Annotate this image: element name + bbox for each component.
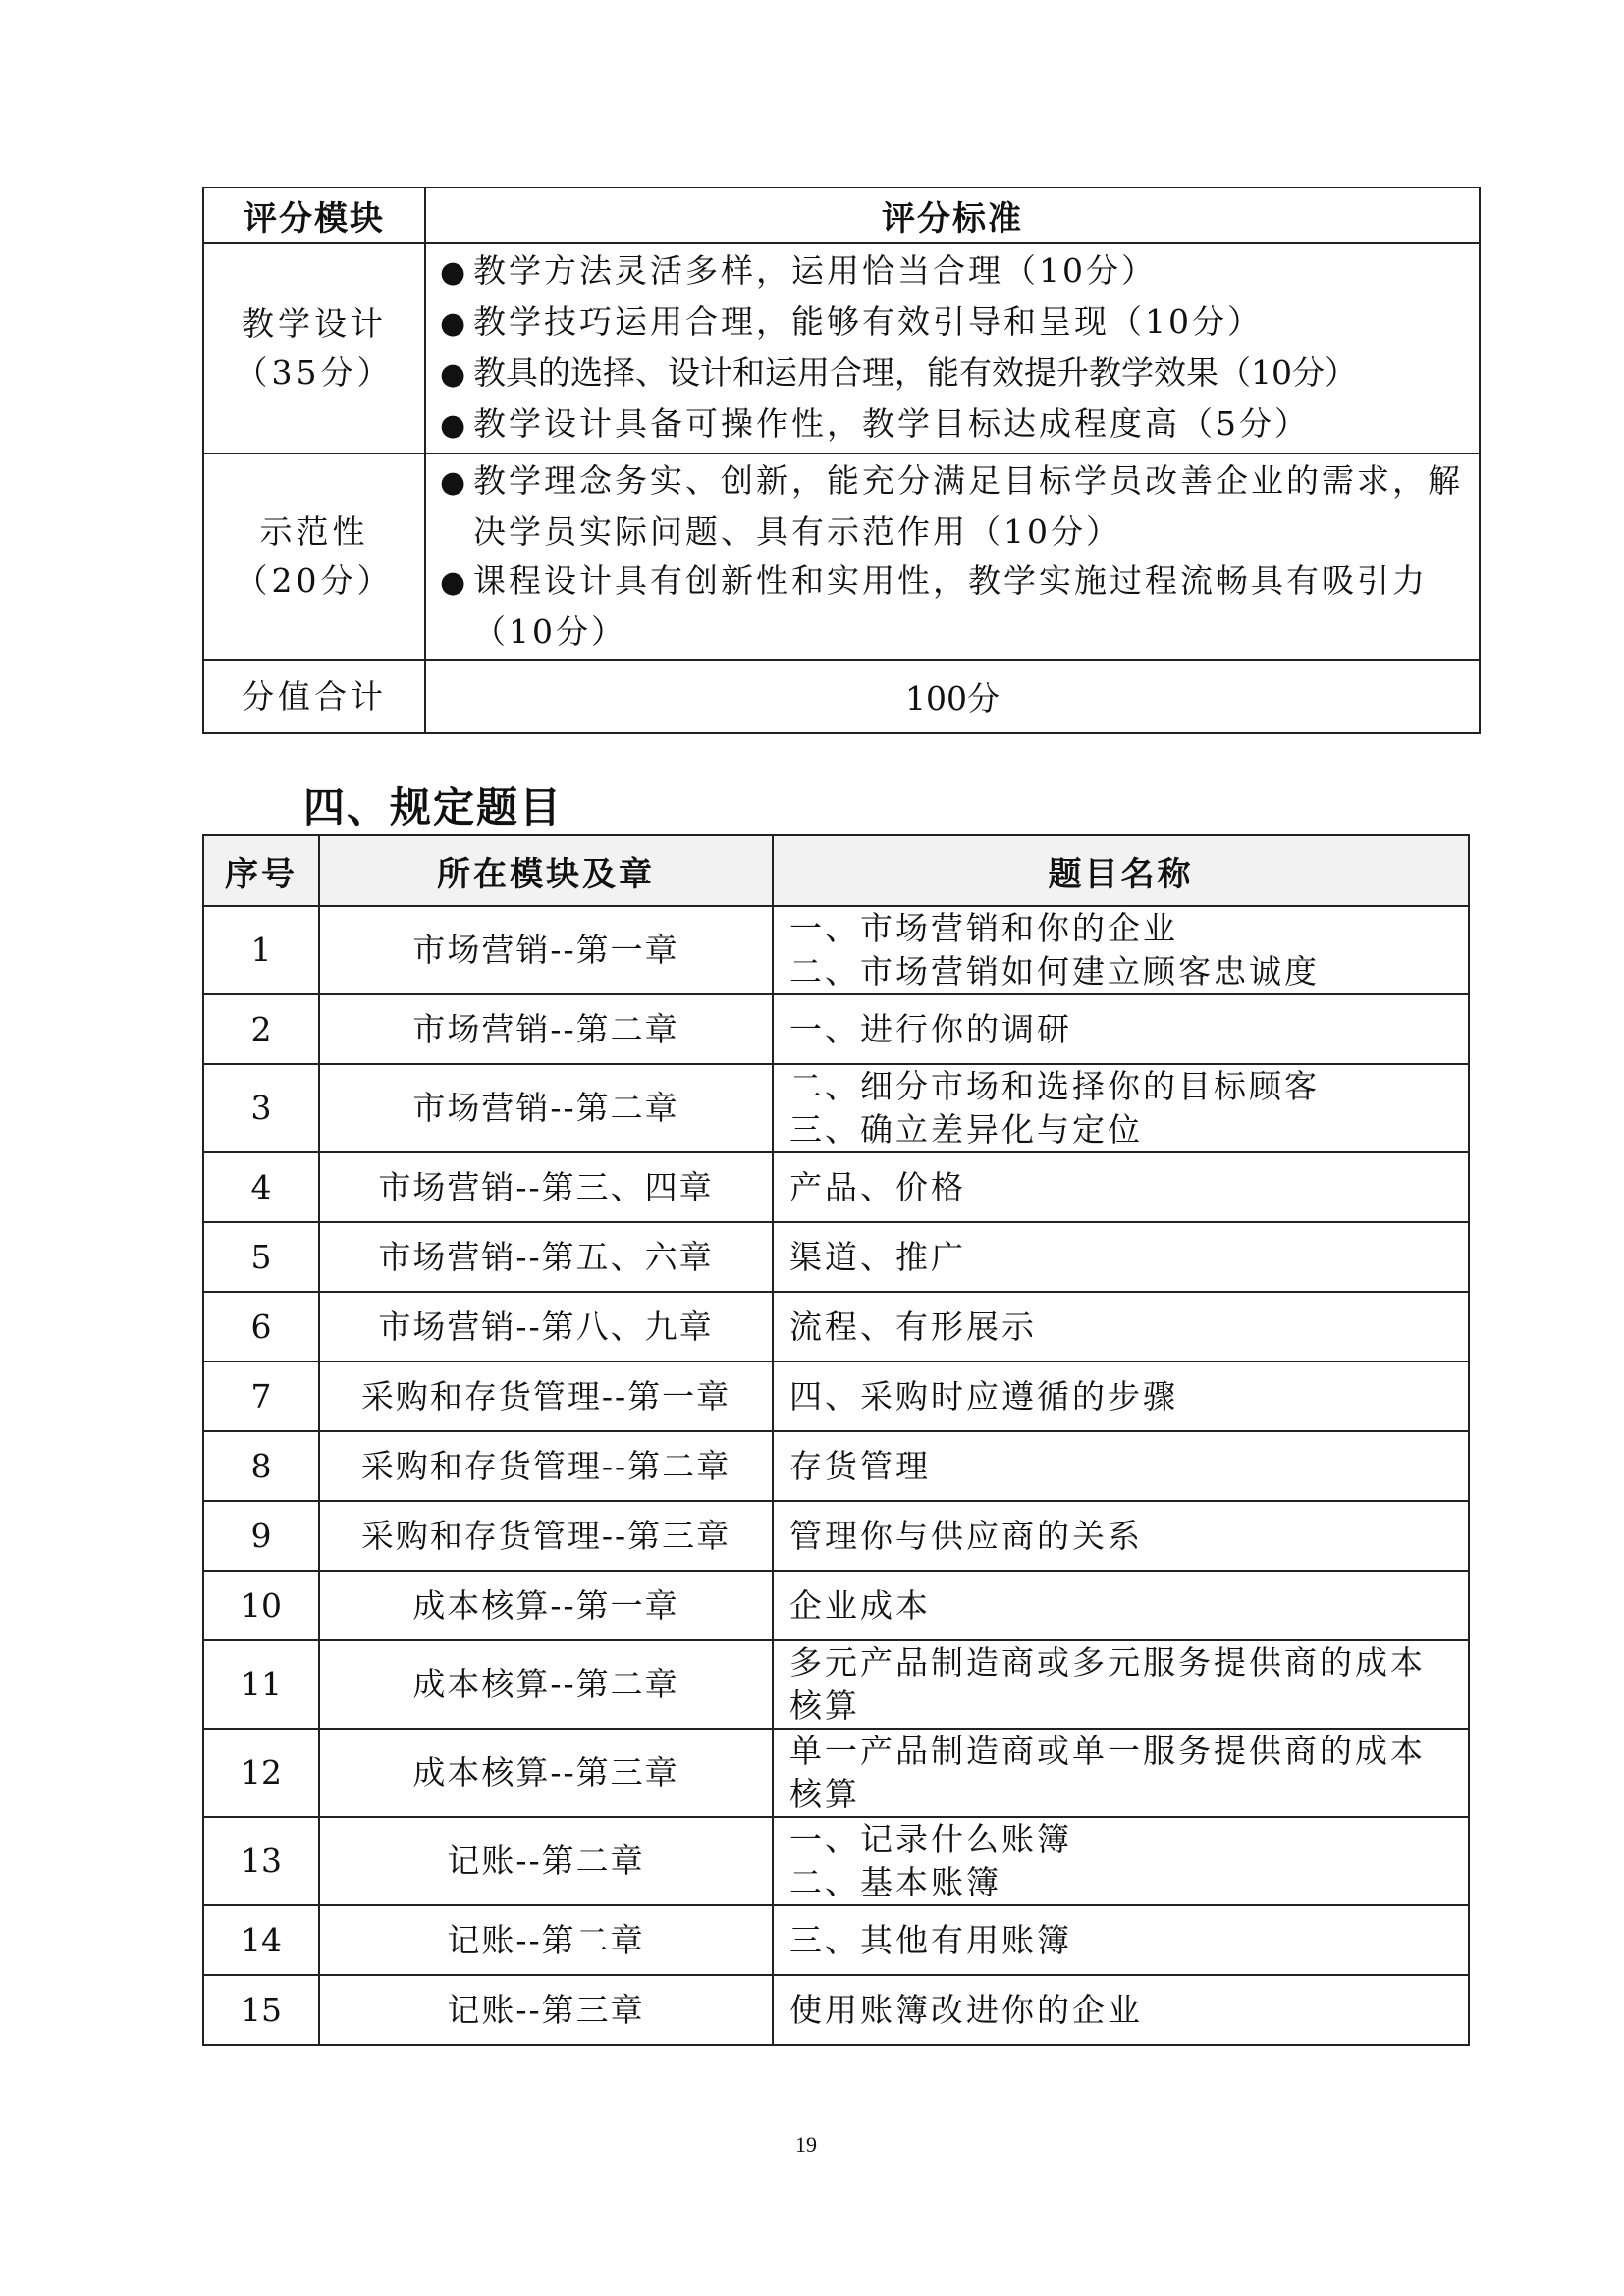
total-row: 分值合计 100分	[203, 660, 1480, 733]
row-number: 11	[203, 1640, 319, 1729]
bullet-icon: ●	[440, 299, 473, 348]
table-row: 12成本核算--第三章单一产品制造商或单一服务提供商的成本核算	[203, 1729, 1469, 1817]
module-points: （20分）	[204, 557, 424, 606]
topic-title-cell: 二、细分市场和选择你的目标顾客三、确立差异化与定位	[773, 1064, 1469, 1152]
row-number: 5	[203, 1222, 319, 1292]
module-chapter: 记账--第二章	[319, 1817, 773, 1905]
total-label: 分值合计	[203, 660, 425, 733]
bullet-icon: ●	[440, 248, 473, 297]
table-row: 2市场营销--第二章一、进行你的调研	[203, 994, 1469, 1064]
page-number: 19	[795, 2132, 817, 2158]
topic-title-cell: 流程、有形展示	[773, 1292, 1469, 1362]
table-row: 1市场营销--第一章一、市场营销和你的企业二、市场营销如何建立顾客忠诚度	[203, 906, 1469, 994]
topic-title: 四、采购时应遵循的步骤	[789, 1375, 1460, 1418]
topic-title-cell: 管理你与供应商的关系	[773, 1501, 1469, 1571]
module-chapter: 成本核算--第三章	[319, 1729, 773, 1817]
criteria-cell: ●教学方法灵活多样，运用恰当合理（10分） ●教学技巧运用合理，能够有效引导和呈…	[425, 243, 1480, 454]
table-row: 5市场营销--第五、六章渠道、推广	[203, 1222, 1469, 1292]
topic-title: 一、进行你的调研	[789, 1008, 1460, 1051]
criteria-text: 教学设计具备可操作性，教学目标达成程度高（5分）	[473, 404, 1310, 443]
table-row: 3市场营销--第二章二、细分市场和选择你的目标顾客三、确立差异化与定位	[203, 1064, 1469, 1152]
criteria-text: 教学理念务实、创新，能充分满足目标学员改善企业的需求，解决学员实际问题、具有示范…	[473, 461, 1463, 551]
row-number: 4	[203, 1152, 319, 1222]
bullet-icon: ●	[440, 401, 473, 451]
topic-title: 多元产品制造商或多元服务提供商的成本核算	[789, 1641, 1460, 1728]
criteria-text: 课程设计具有创新性和实用性，教学实施过程流畅具有吸引力（10分）	[473, 561, 1428, 651]
table-row: 11成本核算--第二章多元产品制造商或多元服务提供商的成本核算	[203, 1640, 1469, 1729]
scoring-criteria-table: 评分模块 评分标准 教学设计 （35分） ●教学方法灵活多样，运用恰当合理（10…	[202, 187, 1481, 734]
row-number: 1	[203, 906, 319, 994]
table-row: 6市场营销--第八、九章流程、有形展示	[203, 1292, 1469, 1362]
bullet-icon: ●	[440, 350, 473, 400]
topics-table: 序号 所在模块及章 题目名称 1市场营销--第一章一、市场营销和你的企业二、市场…	[202, 834, 1470, 2046]
topic-title-cell: 一、进行你的调研	[773, 994, 1469, 1064]
module-chapter: 采购和存货管理--第三章	[319, 1501, 773, 1571]
total-value: 100分	[425, 660, 1480, 733]
table-row: 9采购和存货管理--第三章管理你与供应商的关系	[203, 1501, 1469, 1571]
topic-title: 产品、价格	[789, 1166, 1460, 1209]
criteria-text: 教具的选择、设计和运用合理，能有效提升教学效果（10分）	[473, 353, 1357, 392]
topic-title-cell: 企业成本	[773, 1571, 1469, 1640]
topic-title: 一、市场营销和你的企业	[789, 907, 1460, 950]
module-chapter: 成本核算--第二章	[319, 1640, 773, 1729]
topic-title: 三、其他有用账簿	[789, 1919, 1460, 1962]
criteria-item: ●教具的选择、设计和运用合理，能有效提升教学效果（10分）	[440, 348, 1475, 400]
topic-title-cell: 产品、价格	[773, 1152, 1469, 1222]
row-number: 12	[203, 1729, 319, 1817]
topic-title-cell: 单一产品制造商或单一服务提供商的成本核算	[773, 1729, 1469, 1817]
topic-title-cell: 一、记录什么账簿二、基本账簿	[773, 1817, 1469, 1905]
table-row: 4市场营销--第三、四章产品、价格	[203, 1152, 1469, 1222]
topic-title-cell: 一、市场营销和你的企业二、市场营销如何建立顾客忠诚度	[773, 906, 1469, 994]
module-cell: 示范性 （20分）	[203, 454, 425, 660]
table-row: 10成本核算--第一章企业成本	[203, 1571, 1469, 1640]
module-chapter: 市场营销--第二章	[319, 1064, 773, 1152]
criteria-text: 教学方法灵活多样，运用恰当合理（10分）	[473, 251, 1157, 290]
module-chapter: 记账--第二章	[319, 1905, 773, 1975]
criteria-item: ●教学技巧运用合理，能够有效引导和呈现（10分）	[440, 297, 1475, 348]
topic-title: 二、市场营销如何建立顾客忠诚度	[789, 950, 1460, 993]
header-scoring-module: 评分模块	[203, 187, 425, 243]
table-row: 示范性 （20分） ●教学理念务实、创新，能充分满足目标学员改善企业的需求，解决…	[203, 454, 1480, 660]
module-chapter: 市场营销--第一章	[319, 906, 773, 994]
topic-title: 二、细分市场和选择你的目标顾客	[789, 1065, 1460, 1108]
topic-title-cell: 多元产品制造商或多元服务提供商的成本核算	[773, 1640, 1469, 1729]
table-row: 8采购和存货管理--第二章存货管理	[203, 1431, 1469, 1501]
criteria-text: 教学技巧运用合理，能够有效引导和呈现（10分）	[473, 302, 1263, 341]
table-row: 教学设计 （35分） ●教学方法灵活多样，运用恰当合理（10分） ●教学技巧运用…	[203, 243, 1480, 454]
topic-title: 二、基本账簿	[789, 1861, 1460, 1904]
row-number: 8	[203, 1431, 319, 1501]
module-chapter: 市场营销--第二章	[319, 994, 773, 1064]
row-number: 2	[203, 994, 319, 1064]
topic-title: 存货管理	[789, 1445, 1460, 1488]
row-number: 6	[203, 1292, 319, 1362]
row-number: 13	[203, 1817, 319, 1905]
module-chapter: 采购和存货管理--第一章	[319, 1362, 773, 1431]
module-chapter: 市场营销--第三、四章	[319, 1152, 773, 1222]
row-number: 14	[203, 1905, 319, 1975]
bullet-icon: ●	[440, 559, 473, 608]
header-scoring-criteria: 评分标准	[425, 187, 1480, 243]
criteria-cell: ●教学理念务实、创新，能充分满足目标学员改善企业的需求，解决学员实际问题、具有示…	[425, 454, 1480, 660]
row-number: 3	[203, 1064, 319, 1152]
table-header-row: 评分模块 评分标准	[203, 187, 1480, 243]
criteria-item: ●课程设计具有创新性和实用性，教学实施过程流畅具有吸引力（10分）	[440, 557, 1475, 657]
row-number: 9	[203, 1501, 319, 1571]
topics-table-body: 1市场营销--第一章一、市场营销和你的企业二、市场营销如何建立顾客忠诚度2市场营…	[203, 906, 1469, 2045]
topic-title: 单一产品制造商或单一服务提供商的成本核算	[789, 1730, 1460, 1816]
topic-title-cell: 四、采购时应遵循的步骤	[773, 1362, 1469, 1431]
section-heading: 四、规定题目	[303, 775, 563, 834]
topic-title-cell: 三、其他有用账簿	[773, 1905, 1469, 1975]
topic-title: 一、记录什么账簿	[789, 1818, 1460, 1861]
header-number: 序号	[203, 835, 319, 906]
topic-title: 三、确立差异化与定位	[789, 1108, 1460, 1151]
row-number: 10	[203, 1571, 319, 1640]
module-chapter: 成本核算--第一章	[319, 1571, 773, 1640]
table-header-row: 序号 所在模块及章 题目名称	[203, 835, 1469, 906]
criteria-item: ●教学理念务实、创新，能充分满足目标学员改善企业的需求，解决学员实际问题、具有示…	[440, 456, 1475, 557]
criteria-item: ●教学方法灵活多样，运用恰当合理（10分）	[440, 246, 1475, 297]
module-chapter: 采购和存货管理--第二章	[319, 1431, 773, 1501]
topic-title: 管理你与供应商的关系	[789, 1515, 1460, 1558]
module-name: 教学设计	[204, 299, 424, 348]
topic-title-cell: 存货管理	[773, 1431, 1469, 1501]
table-row: 7采购和存货管理--第一章四、采购时应遵循的步骤	[203, 1362, 1469, 1431]
bullet-icon: ●	[440, 458, 473, 507]
topic-title: 企业成本	[789, 1584, 1460, 1628]
table-row: 15记账--第三章使用账簿改进你的企业	[203, 1975, 1469, 2045]
topic-title-cell: 渠道、推广	[773, 1222, 1469, 1292]
module-chapter: 记账--第三章	[319, 1975, 773, 2045]
header-topic-title: 题目名称	[773, 835, 1469, 906]
criteria-item: ●教学设计具备可操作性，教学目标达成程度高（5分）	[440, 400, 1475, 451]
topic-title: 流程、有形展示	[789, 1306, 1460, 1349]
module-cell: 教学设计 （35分）	[203, 243, 425, 454]
row-number: 7	[203, 1362, 319, 1431]
row-number: 15	[203, 1975, 319, 2045]
module-points: （35分）	[204, 348, 424, 398]
topic-title-cell: 使用账簿改进你的企业	[773, 1975, 1469, 2045]
module-chapter: 市场营销--第五、六章	[319, 1222, 773, 1292]
topic-title: 使用账簿改进你的企业	[789, 1989, 1460, 2032]
table-row: 14记账--第二章三、其他有用账簿	[203, 1905, 1469, 1975]
table-row: 13记账--第二章一、记录什么账簿二、基本账簿	[203, 1817, 1469, 1905]
module-chapter: 市场营销--第八、九章	[319, 1292, 773, 1362]
topic-title: 渠道、推广	[789, 1236, 1460, 1279]
module-name: 示范性	[204, 507, 424, 557]
header-module-chapter: 所在模块及章	[319, 835, 773, 906]
